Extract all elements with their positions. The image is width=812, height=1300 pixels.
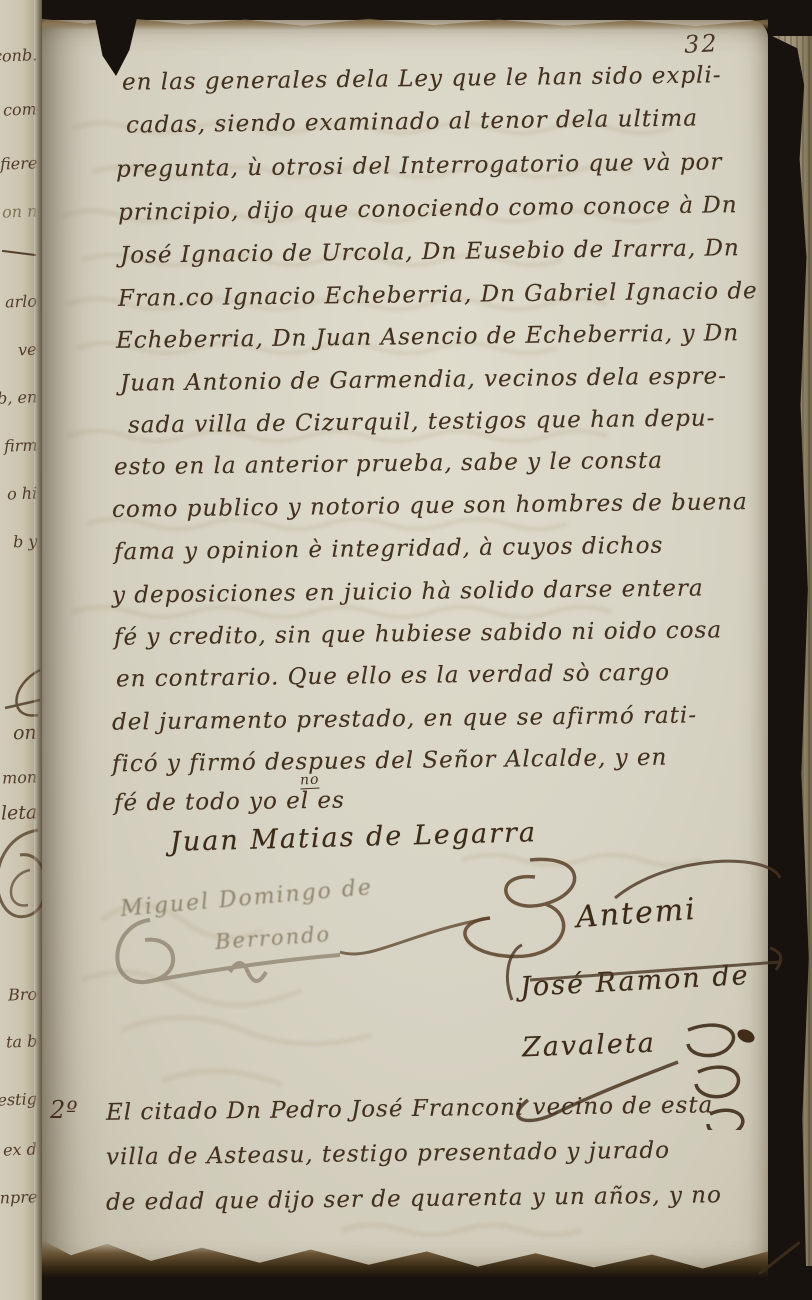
facing-page-edge: conb. com fiere on n arlo ve b, en firm … xyxy=(0,0,42,1300)
manuscript-line: fé de todo yo el es xyxy=(114,788,345,817)
section2-marker: 2º xyxy=(50,1096,79,1124)
page-number: 32 xyxy=(683,29,719,59)
facing-fragment: ta b xyxy=(5,1031,37,1051)
page-torn-top-edge xyxy=(42,16,768,30)
facing-fragment: com xyxy=(3,99,37,119)
facing-fragment: ex d xyxy=(3,1139,37,1159)
faint-rubric xyxy=(90,900,390,1010)
facing-fragment: arlo xyxy=(5,291,38,311)
facing-fragment: testig xyxy=(0,1089,37,1110)
facing-fragment: b, en xyxy=(0,387,37,407)
facing-fragment: Bro xyxy=(8,984,38,1004)
notary-underline xyxy=(500,940,790,1010)
facing-stroke xyxy=(2,250,36,256)
facing-fragment: onpre xyxy=(0,1187,37,1208)
facing-fragment: ve xyxy=(18,340,37,360)
escribano-superscript: no xyxy=(300,772,320,790)
facing-fragment: b y xyxy=(12,532,37,552)
ante-mi-flourish xyxy=(610,848,790,908)
facing-fragment: o hi xyxy=(7,483,38,503)
facing-fragment: fiere xyxy=(0,153,37,173)
book-fore-edge xyxy=(772,36,812,1266)
facing-signature-flourish xyxy=(0,660,42,960)
manuscript-scan: conb. com fiere on n arlo ve b, en firm … xyxy=(0,0,812,1300)
facing-fragment: conb. xyxy=(0,45,37,66)
facing-fragment: firm xyxy=(3,435,37,455)
facing-fragment: on n xyxy=(1,201,37,221)
